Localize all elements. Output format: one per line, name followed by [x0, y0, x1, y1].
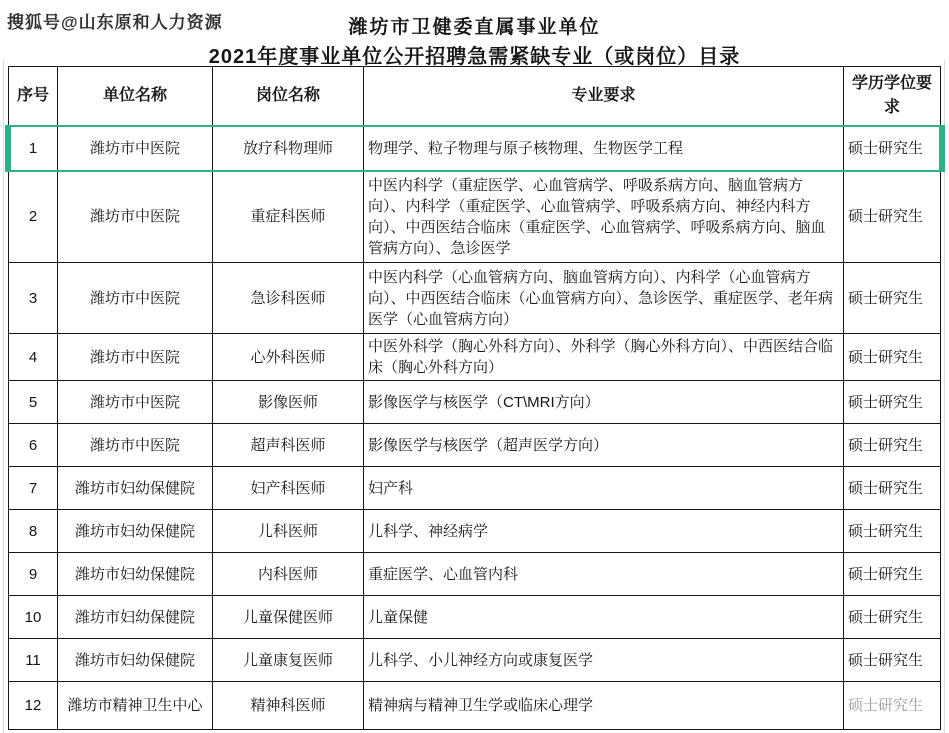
cell-serial-number[interactable]: 4 — [9, 334, 58, 381]
cell-unit-name[interactable]: 潍坊市妇幼保健院 — [58, 596, 213, 639]
table-row: 3 潍坊市中医院 急诊科医师 中医内科学（心血管病方向、脑血管病方向）、内科学（… — [9, 263, 941, 334]
cell-unit-name[interactable]: 潍坊市中医院 — [58, 424, 213, 467]
table-row: 7 潍坊市妇幼保健院 妇产科医师 妇产科 硕士研究生 — [9, 467, 941, 510]
cell-unit-name[interactable]: 潍坊市中医院 — [58, 334, 213, 381]
cell-degree-requirement[interactable]: 硕士研究生 — [844, 334, 941, 381]
cell-degree-requirement[interactable]: 硕士研究生 — [844, 424, 941, 467]
cell-unit-name[interactable]: 潍坊市妇幼保健院 — [58, 639, 213, 682]
cell-serial-number[interactable]: 5 — [9, 381, 58, 424]
cell-major-requirement[interactable]: 影像医学与核医学（CT\MRI方向） — [364, 381, 844, 424]
cell-major-requirement[interactable]: 中医外科学（胸心外科方向）、外科学（胸心外科方向）、中西医结合临床（胸心外科方向… — [364, 334, 844, 381]
cell-serial-number[interactable]: 2 — [9, 171, 58, 263]
document-title: 潍坊市卫健委直属事业单位 — [0, 12, 949, 39]
cell-position-name[interactable]: 急诊科医师 — [213, 263, 364, 334]
cell-unit-name[interactable]: 潍坊市妇幼保健院 — [58, 553, 213, 596]
cell-unit-name[interactable]: 潍坊市妇幼保健院 — [58, 467, 213, 510]
header-degree-requirement[interactable]: 学历学位要求 — [844, 67, 941, 126]
table-row: 10 潍坊市妇幼保健院 儿童保健医师 儿童保健 硕士研究生 — [9, 596, 941, 639]
cell-degree-requirement[interactable]: 硕士研究生 — [844, 171, 941, 263]
cell-position-name[interactable]: 精神科医师 — [213, 682, 364, 730]
cell-major-requirement[interactable]: 物理学、粒子物理与原子核物理、生物医学工程 — [364, 126, 844, 171]
cell-major-requirement[interactable]: 影像医学与核医学（超声医学方向） — [364, 424, 844, 467]
cell-position-name[interactable]: 心外科医师 — [213, 334, 364, 381]
table-body: 1 潍坊市中医院 放疗科物理师 物理学、粒子物理与原子核物理、生物医学工程 硕士… — [9, 126, 941, 730]
cell-position-name[interactable]: 妇产科医师 — [213, 467, 364, 510]
cell-position-name[interactable]: 放疗科物理师 — [213, 126, 364, 171]
cell-unit-name[interactable]: 潍坊市中医院 — [58, 171, 213, 263]
table-row: 6 潍坊市中医院 超声科医师 影像医学与核医学（超声医学方向） 硕士研究生 — [9, 424, 941, 467]
header-major-requirement[interactable]: 专业要求 — [364, 67, 844, 126]
cell-serial-number[interactable]: 3 — [9, 263, 58, 334]
cell-unit-name[interactable]: 潍坊市妇幼保健院 — [58, 510, 213, 553]
cell-degree-requirement[interactable]: 硕士研究生 — [844, 467, 941, 510]
document-subtitle: 2021年度事业单位公开招聘急需紧缺专业（或岗位）目录 — [0, 40, 949, 69]
cell-position-name[interactable]: 内科医师 — [213, 553, 364, 596]
recruitment-table: 序号 单位名称 岗位名称 专业要求 学历学位要求 1 潍坊市中医院 放疗科物理师… — [8, 66, 941, 730]
cell-position-name[interactable]: 儿童康复医师 — [213, 639, 364, 682]
page: { "watermark": "搜狐号@山东原和人力资源", "title": … — [0, 0, 949, 733]
cell-position-name[interactable]: 超声科医师 — [213, 424, 364, 467]
cell-degree-requirement[interactable]: 硕士研究生 — [844, 682, 941, 730]
cell-unit-name[interactable]: 潍坊市中医院 — [58, 381, 213, 424]
cell-degree-requirement[interactable]: 硕士研究生 — [844, 639, 941, 682]
header-unit-name[interactable]: 单位名称 — [58, 67, 213, 126]
cell-serial-number[interactable]: 12 — [9, 682, 58, 730]
table-row: 5 潍坊市中医院 影像医师 影像医学与核医学（CT\MRI方向） 硕士研究生 — [9, 381, 941, 424]
cell-degree-requirement[interactable]: 硕士研究生 — [844, 126, 941, 171]
cell-major-requirement[interactable]: 中医内科学（心血管病方向、脑血管病方向）、内科学（心血管病方向）、中西医结合临床… — [364, 263, 844, 334]
cell-major-requirement[interactable]: 精神病与精神卫生学或临床心理学 — [364, 682, 844, 730]
table-row: 8 潍坊市妇幼保健院 儿科医师 儿科学、神经病学 硕士研究生 — [9, 510, 941, 553]
cell-degree-requirement[interactable]: 硕士研究生 — [844, 510, 941, 553]
table-row: 9 潍坊市妇幼保健院 内科医师 重症医学、心血管内科 硕士研究生 — [9, 553, 941, 596]
sheet-gridline-left — [3, 60, 4, 733]
table-row: 11 潍坊市妇幼保健院 儿童康复医师 儿科学、小儿神经方向或康复医学 硕士研究生 — [9, 639, 941, 682]
header-position-name[interactable]: 岗位名称 — [213, 67, 364, 126]
cell-major-requirement[interactable]: 妇产科 — [364, 467, 844, 510]
cell-major-requirement[interactable]: 儿科学、小儿神经方向或康复医学 — [364, 639, 844, 682]
table-header-row: 序号 单位名称 岗位名称 专业要求 学历学位要求 — [9, 67, 941, 126]
cell-position-name[interactable]: 儿童保健医师 — [213, 596, 364, 639]
cell-major-requirement[interactable]: 重症医学、心血管内科 — [364, 553, 844, 596]
header-serial-number[interactable]: 序号 — [9, 67, 58, 126]
cell-serial-number[interactable]: 6 — [9, 424, 58, 467]
cell-serial-number[interactable]: 1 — [9, 126, 58, 171]
cell-degree-requirement[interactable]: 硕士研究生 — [844, 263, 941, 334]
cell-position-name[interactable]: 重症科医师 — [213, 171, 364, 263]
cell-serial-number[interactable]: 11 — [9, 639, 58, 682]
table-row: 1 潍坊市中医院 放疗科物理师 物理学、粒子物理与原子核物理、生物医学工程 硕士… — [9, 126, 941, 171]
cell-unit-name[interactable]: 潍坊市精神卫生中心 — [58, 682, 213, 730]
cell-degree-requirement[interactable]: 硕士研究生 — [844, 596, 941, 639]
cell-serial-number[interactable]: 8 — [9, 510, 58, 553]
sheet-gridline-right — [944, 60, 945, 733]
cell-position-name[interactable]: 儿科医师 — [213, 510, 364, 553]
cell-degree-requirement[interactable]: 硕士研究生 — [844, 381, 941, 424]
cell-unit-name[interactable]: 潍坊市中医院 — [58, 126, 213, 171]
table-row: 2 潍坊市中医院 重症科医师 中医内科学（重症医学、心血管病学、呼吸系病方向、脑… — [9, 171, 941, 263]
cell-major-requirement[interactable]: 中医内科学（重症医学、心血管病学、呼吸系病方向、脑血管病方向）、内科学（重症医学… — [364, 171, 844, 263]
cell-serial-number[interactable]: 9 — [9, 553, 58, 596]
table-row: 4 潍坊市中医院 心外科医师 中医外科学（胸心外科方向）、外科学（胸心外科方向）… — [9, 334, 941, 381]
cell-position-name[interactable]: 影像医师 — [213, 381, 364, 424]
cell-serial-number[interactable]: 7 — [9, 467, 58, 510]
cell-unit-name[interactable]: 潍坊市中医院 — [58, 263, 213, 334]
cell-degree-requirement[interactable]: 硕士研究生 — [844, 553, 941, 596]
cell-major-requirement[interactable]: 儿科学、神经病学 — [364, 510, 844, 553]
table-row: 12 潍坊市精神卫生中心 精神科医师 精神病与精神卫生学或临床心理学 硕士研究生 — [9, 682, 941, 730]
cell-serial-number[interactable]: 10 — [9, 596, 58, 639]
cell-major-requirement[interactable]: 儿童保健 — [364, 596, 844, 639]
